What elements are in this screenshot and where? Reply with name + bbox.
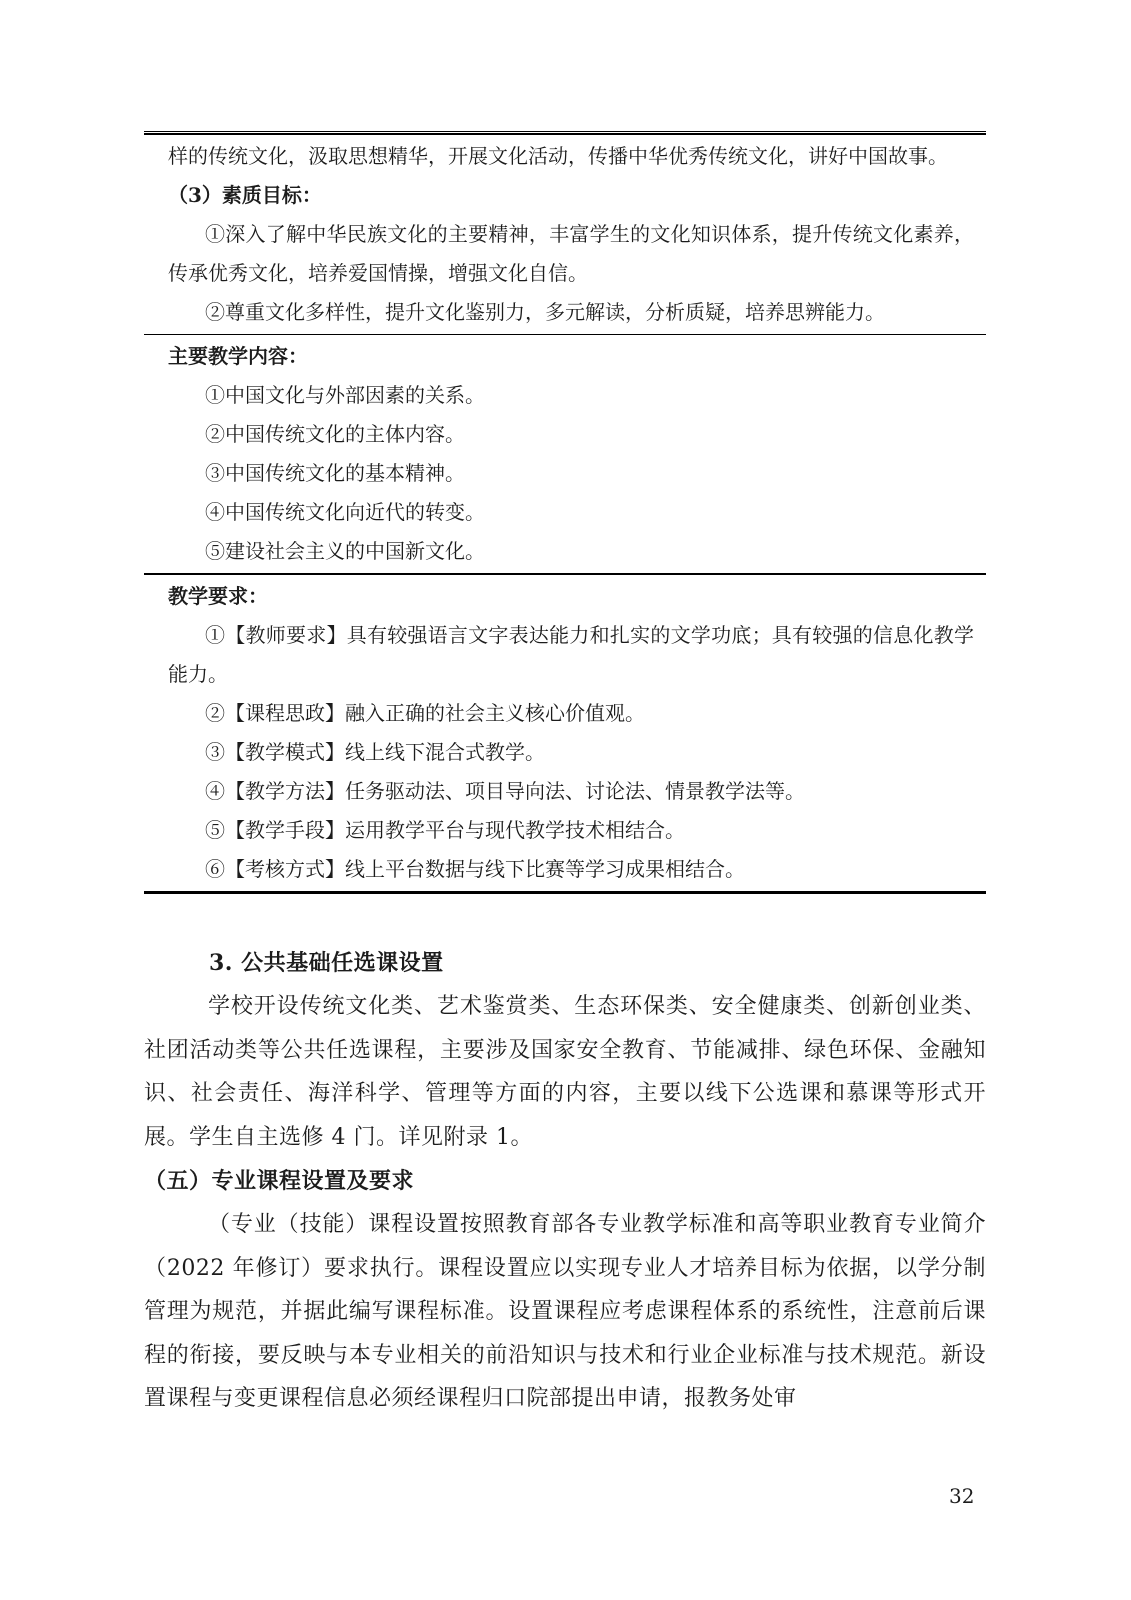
teaching-requirements-heading: 教学要求： [168, 577, 974, 616]
course-description-table: 样的传统文化，汲取思想精华，开展文化活动，传播中华优秀传统文化，讲好中国故事。 … [144, 131, 986, 894]
quality-goals-heading: （3）素质目标： [168, 176, 974, 215]
page-number: 32 [949, 1484, 974, 1508]
document-page: 样的传统文化，汲取思想精华，开展文化活动，传播中华优秀传统文化，讲好中国故事。 … [0, 0, 1131, 1600]
teaching-requirement-item: ②【课程思政】融入正确的社会主义核心价值观。 [168, 694, 974, 733]
document-body: 3. 公共基础任选课设置 学校开设传统文化类、艺术鉴赏类、生态环保类、安全健康类… [144, 941, 986, 1421]
table-row-quality-goals: 样的传统文化，汲取思想精华，开展文化活动，传播中华优秀传统文化，讲好中国故事。 … [144, 135, 986, 334]
teaching-requirement-item: ③【教学模式】线上线下混合式教学。 [168, 733, 974, 772]
teaching-content-item: ②中国传统文化的主体内容。 [168, 415, 974, 454]
section-heading-elective-courses: 3. 公共基础任选课设置 [144, 941, 986, 985]
teaching-requirement-item: ④【教学方法】任务驱动法、项目导向法、讨论法、情景教学法等。 [168, 772, 974, 811]
quality-goal-item: ②尊重文化多样性，提升文化鉴别力，多元解读，分析质疑，培养思辨能力。 [168, 293, 974, 332]
teaching-content-heading: 主要教学内容： [168, 337, 974, 376]
table-continuation-text: 样的传统文化，汲取思想精华，开展文化活动，传播中华优秀传统文化，讲好中国故事。 [168, 137, 974, 176]
teaching-content-item: ④中国传统文化向近代的转变。 [168, 493, 974, 532]
teaching-content-item: ①中国文化与外部因素的关系。 [168, 376, 974, 415]
teaching-content-item: ③中国传统文化的基本精神。 [168, 454, 974, 493]
section-heading-major-courses: （五）专业课程设置及要求 [144, 1159, 986, 1203]
teaching-requirement-item: ①【教师要求】具有较强语言文字表达能力和扎实的文学功底；具有较强的信息化教学能力… [168, 616, 974, 694]
teaching-requirement-item: ⑤【教学手段】运用教学平台与现代教学技术相结合。 [168, 811, 974, 850]
quality-goal-item: ①深入了解中华民族文化的主要精神，丰富学生的文化知识体系，提升传统文化素养，传承… [168, 215, 974, 293]
teaching-requirement-item: ⑥【考核方式】线上平台数据与线下比赛等学习成果相结合。 [168, 850, 974, 889]
table-row-teaching-requirements: 教学要求： ①【教师要求】具有较强语言文字表达能力和扎实的文学功底；具有较强的信… [144, 575, 986, 891]
table-row-teaching-content: 主要教学内容： ①中国文化与外部因素的关系。 ②中国传统文化的主体内容。 ③中国… [144, 335, 986, 573]
table-bottom-border [144, 891, 986, 894]
section-paragraph: （专业（技能）课程设置按照教育部各专业教学标准和高等职业教育专业简介（2022 … [144, 1203, 986, 1421]
teaching-content-item: ⑤建设社会主义的中国新文化。 [168, 532, 974, 571]
section-paragraph: 学校开设传统文化类、艺术鉴赏类、生态环保类、安全健康类、创新创业类、社团活动类等… [144, 985, 986, 1159]
